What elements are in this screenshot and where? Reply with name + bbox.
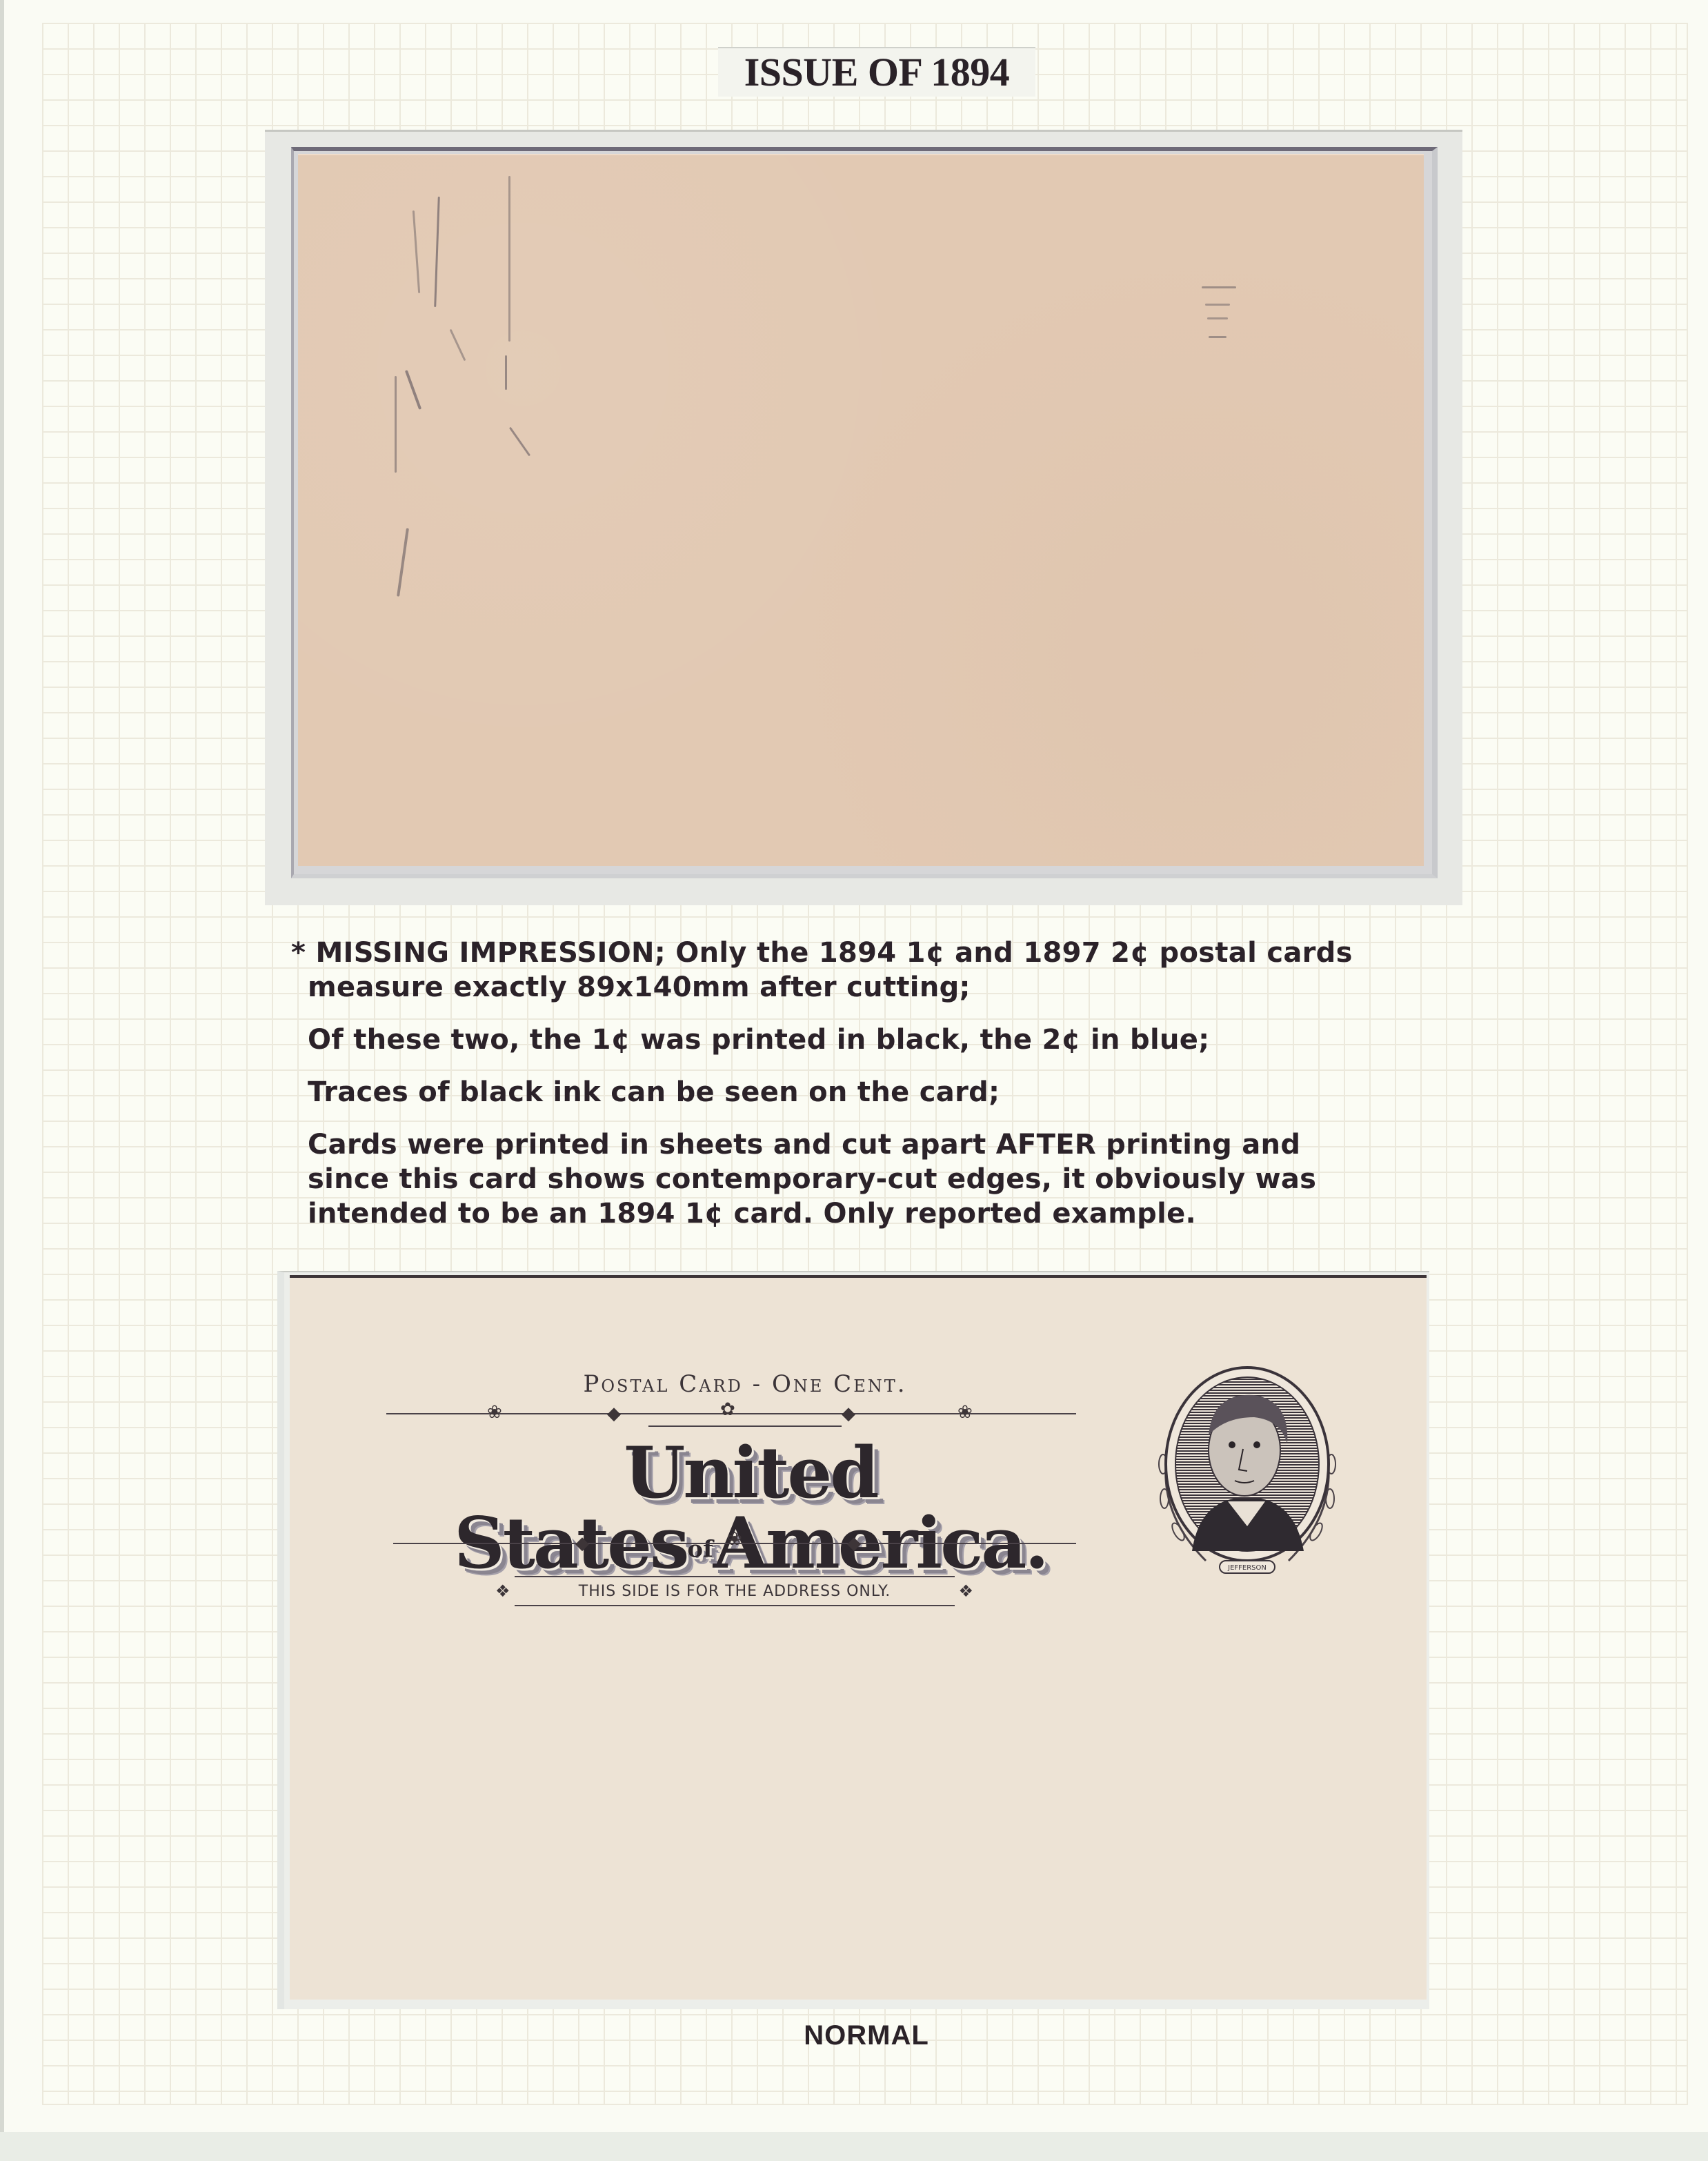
address-only-text: THIS SIDE IS FOR THE ADDRESS ONLY.: [579, 1583, 891, 1600]
ink-trace: [509, 427, 530, 457]
description-paragraph: * MISSING IMPRESSION; Only the 1894 1¢ a…: [291, 936, 1464, 1005]
page-title: ISSUE OF 1894: [744, 52, 1010, 92]
ink-trace: [434, 197, 440, 307]
description-line: intended to be an 1894 1¢ card. Only rep…: [308, 1198, 1196, 1230]
ink-trace: [1207, 317, 1228, 319]
normal-postal-card: Postal Card - One Cent. ❀ ◆ ✿ ◆ ❀ United…: [290, 1275, 1427, 2000]
description-paragraph: Cards were printed in sheets and cut apa…: [291, 1127, 1464, 1231]
bottom-caption: NORMAL: [728, 2020, 1004, 2051]
address-only-notice: ❖ THIS SIDE IS FOR THE ADDRESS ONLY. ❖: [515, 1576, 955, 1606]
ink-trace: [397, 528, 409, 597]
missing-impression-card: [298, 154, 1424, 866]
description-paragraph: Of these two, the 1¢ was printed in blac…: [291, 1023, 1464, 1057]
page-title-label: ISSUE OF 1894: [718, 47, 1035, 97]
ink-trace: [1209, 336, 1227, 338]
ornament-diamond-icon: ◆: [842, 1405, 855, 1423]
ornament-rule-short: [648, 1425, 842, 1427]
ornament-diamond-icon: ◆: [607, 1405, 621, 1423]
description-block: * MISSING IMPRESSION; Only the 1894 1¢ a…: [291, 936, 1464, 1231]
country-name: United StatesofAmerica.: [350, 1438, 1151, 1579]
ink-trace: [505, 355, 507, 390]
ink-trace: [395, 376, 397, 473]
description-line: * MISSING IMPRESSION; Only the 1894 1¢ a…: [291, 937, 1353, 969]
ornament-flourish-icon: ❀: [487, 1403, 502, 1421]
country-name-of: of: [687, 1535, 713, 1563]
ornament-fleuron-icon: ✿: [720, 1401, 735, 1419]
card-header-text: Postal Card - One Cent.: [524, 1370, 966, 1398]
ink-trace: [450, 329, 466, 362]
ink-trace: [1202, 286, 1236, 288]
top-card-mount-pocket: [291, 147, 1438, 878]
top-card-mount: [265, 130, 1462, 905]
ink-trace: [1205, 304, 1230, 306]
scroll-ornament-icon: ❖: [495, 1581, 511, 1601]
ink-trace: [413, 210, 420, 293]
album-page: ISSUE OF 1894 * MIS: [0, 0, 1708, 2132]
description-line: measure exactly 89x140mm after cutting;: [291, 970, 1464, 1005]
bottom-card-mount: Postal Card - One Cent. ❀ ◆ ✿ ◆ ❀ United…: [277, 1271, 1429, 2009]
ornament-diamond-icon: ◆: [847, 1535, 861, 1552]
jefferson-portrait-icon: JEFFERSON: [1144, 1354, 1351, 1588]
svg-text:JEFFERSON: JEFFERSON: [1227, 1564, 1267, 1572]
ornament-flourish-icon: ❀: [957, 1403, 973, 1421]
ornament-diamond-icon: ◆: [575, 1535, 589, 1552]
description-line: Cards were printed in sheets and cut apa…: [308, 1129, 1300, 1161]
ink-trace: [508, 176, 510, 342]
scroll-ornament-icon: ❖: [958, 1581, 974, 1601]
description-line: since this card shows contemporary-cut e…: [308, 1163, 1316, 1195]
ornament-fleuron-icon: ❀: [727, 1530, 742, 1548]
description-paragraph: Traces of black ink can be seen on the c…: [291, 1075, 1464, 1109]
ink-trace: [405, 370, 421, 410]
